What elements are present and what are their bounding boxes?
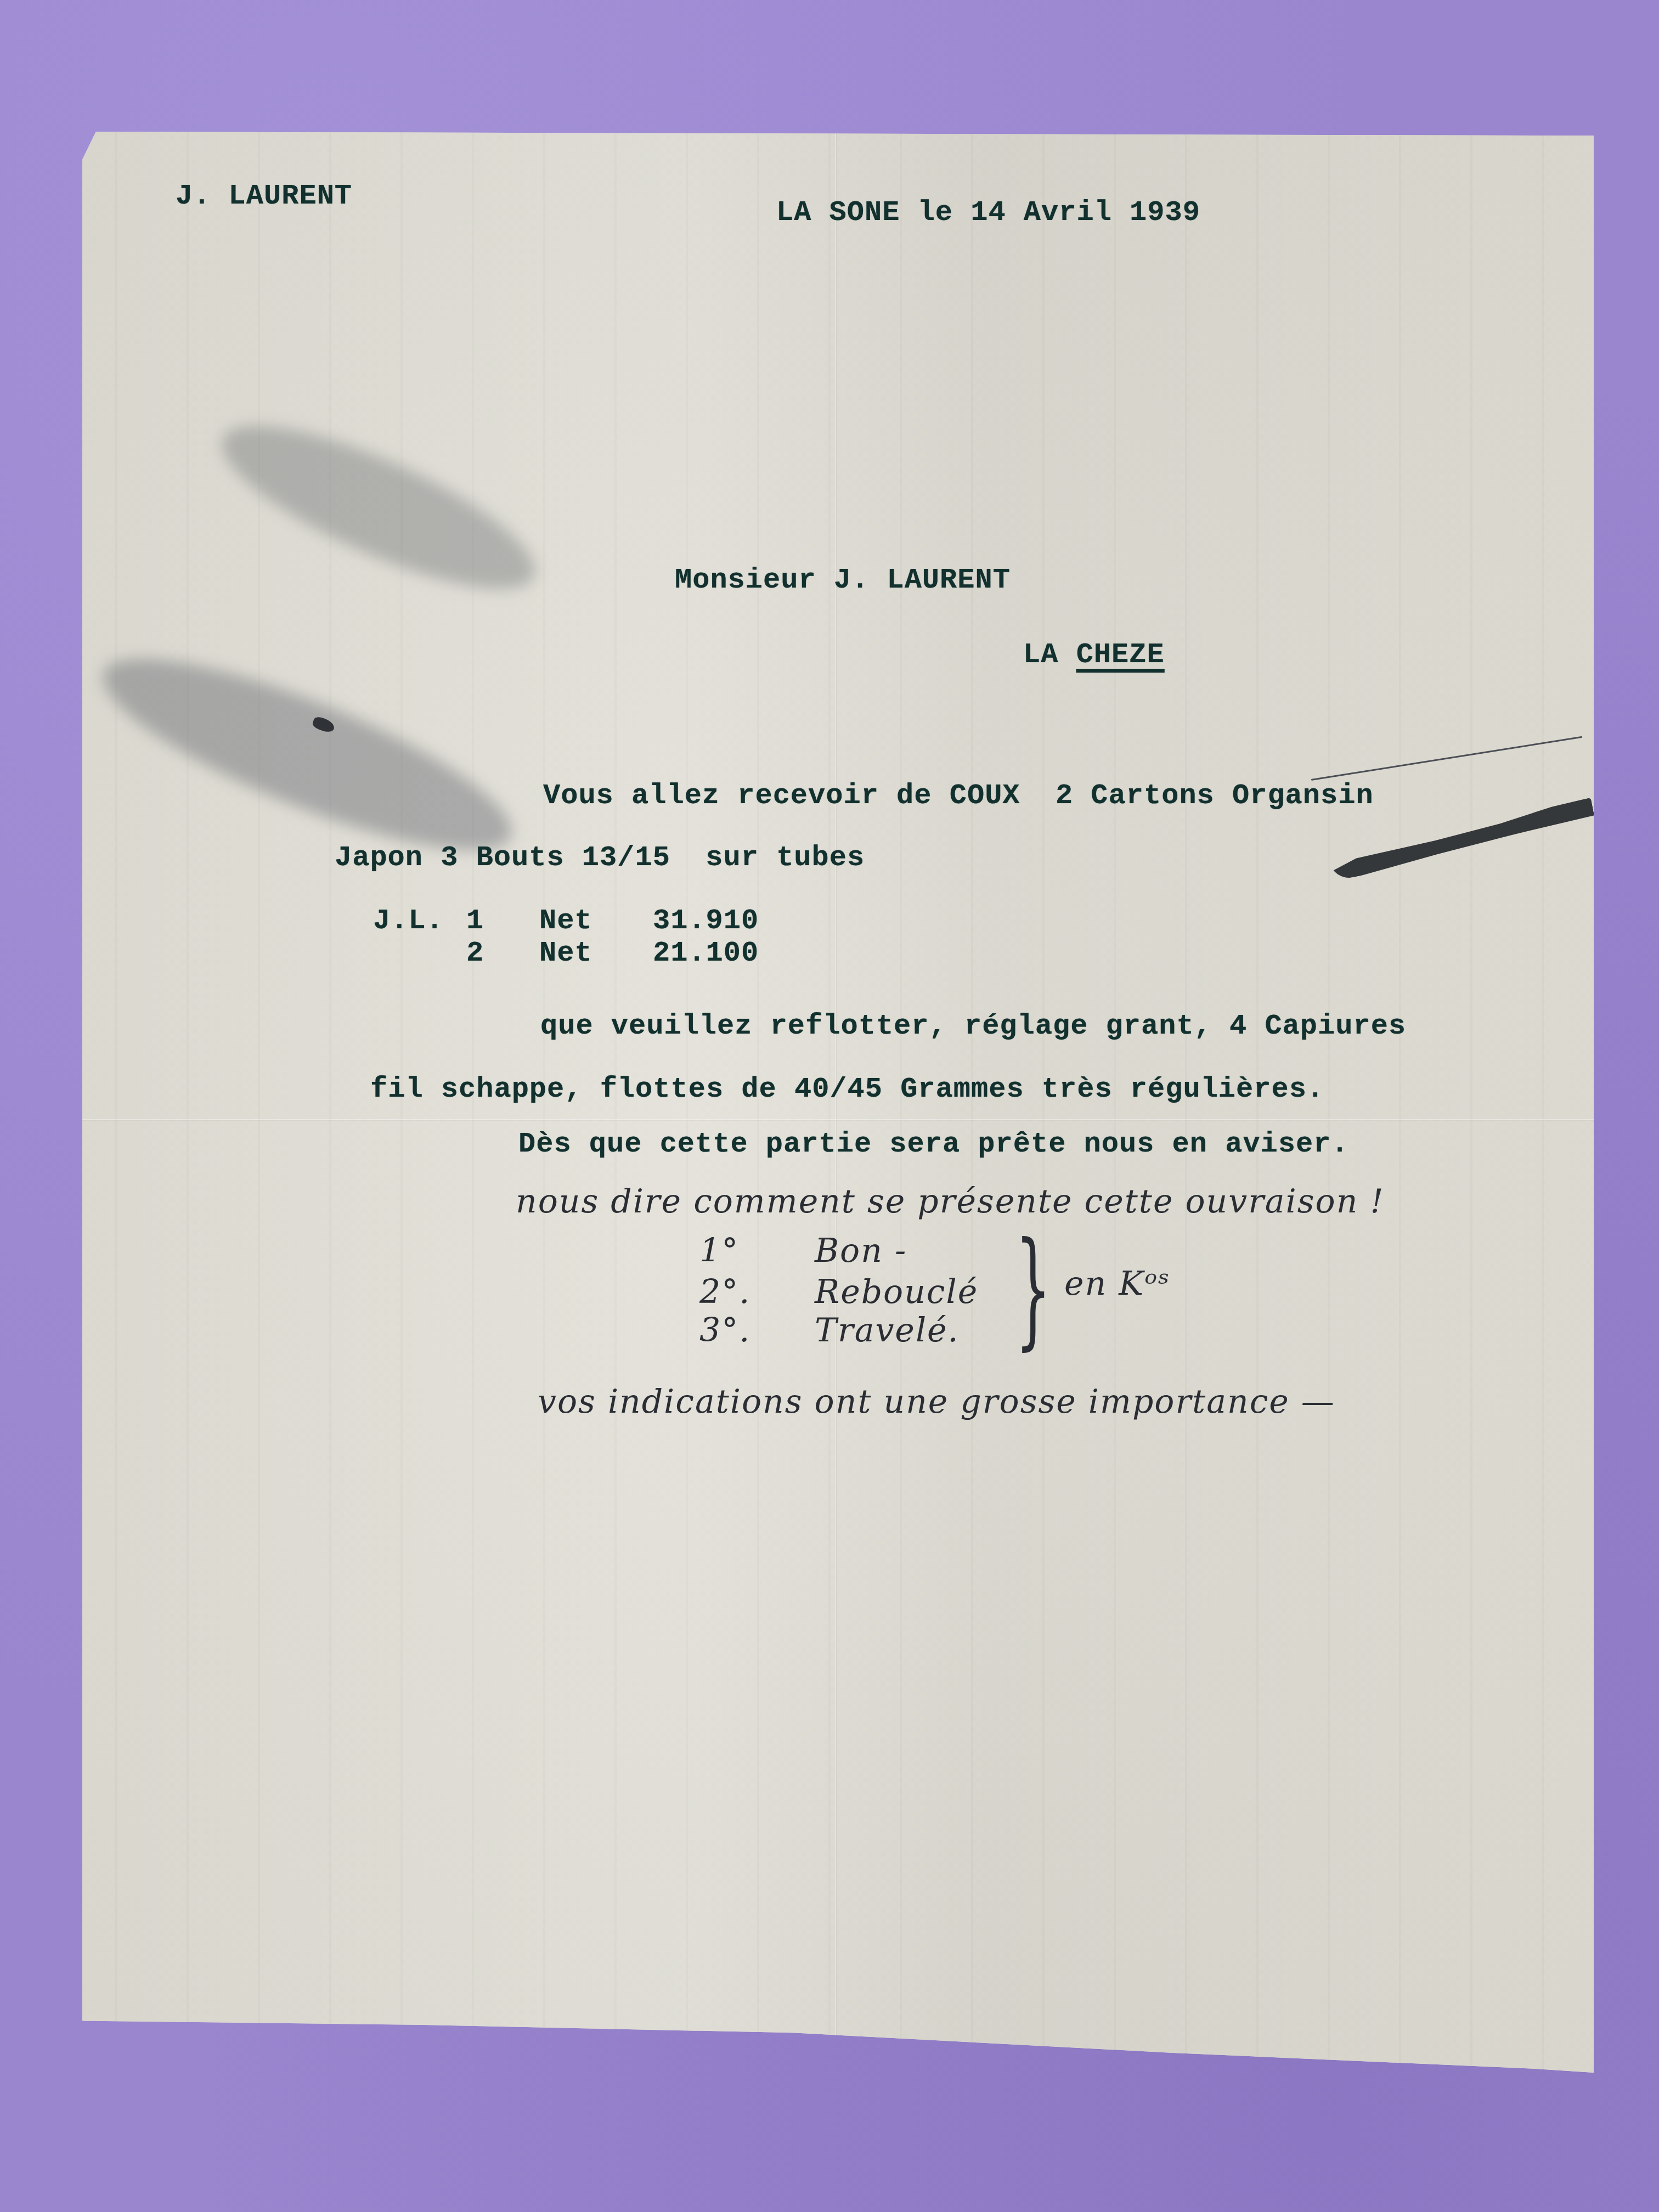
list-item-text: Bon - [815, 1234, 907, 1267]
item-weight: 21.100 [653, 939, 759, 968]
item-label: J.L. [373, 907, 444, 935]
recipient-name: Monsieur J. LAURENT [675, 566, 1011, 595]
item-number: 2 [466, 939, 484, 968]
body-line-1: Vous allez recevoir de COUX 2 Cartons Or… [543, 782, 1374, 810]
recipient-place: LA CHEZE [1023, 641, 1165, 669]
handwritten-line-1: nous dire comment se présente cette ouvr… [516, 1185, 1385, 1218]
body-line-3: que veuillez reflotter, réglage grant, 4… [540, 1012, 1406, 1041]
sender-name: J. LAURENT [176, 182, 352, 211]
body-line-5: Dès que cette partie sera prête nous en … [518, 1130, 1349, 1159]
letter-sheet: J. LAURENT LA SONE le 14 Avril 1939 Mons… [82, 132, 1594, 2129]
body-line-2: Japon 3 Bouts 13/15 sur tubes [335, 844, 865, 872]
list-item-text: Rebouclé [815, 1276, 978, 1308]
brace-note: en Kᵒˢ [1064, 1267, 1170, 1300]
ink-smudge [204, 396, 553, 619]
item-unit: Net [539, 907, 592, 935]
recipient-place-underlined: CHEZE [1076, 639, 1165, 671]
horizontal-fold [82, 1119, 1594, 1121]
pen-stroke [1311, 736, 1582, 781]
recipient-place-prefix: LA [1023, 639, 1076, 671]
list-item-number: 3°. [699, 1314, 751, 1347]
list-item-number: 2°. [699, 1276, 751, 1308]
list-item-text: Travelé. [815, 1314, 960, 1347]
item-unit: Net [539, 939, 592, 968]
item-weight: 31.910 [653, 907, 759, 935]
curly-brace: } [1015, 1226, 1051, 1352]
item-number: 1 [466, 907, 484, 935]
list-item-number: 1° [699, 1234, 739, 1267]
place-date: LA SONE le 14 Avril 1939 [776, 199, 1200, 227]
handwritten-closing: vos indications ont une grosse importanc… [538, 1385, 1335, 1418]
body-line-4: fil schappe, flottes de 40/45 Grammes tr… [370, 1075, 1324, 1104]
